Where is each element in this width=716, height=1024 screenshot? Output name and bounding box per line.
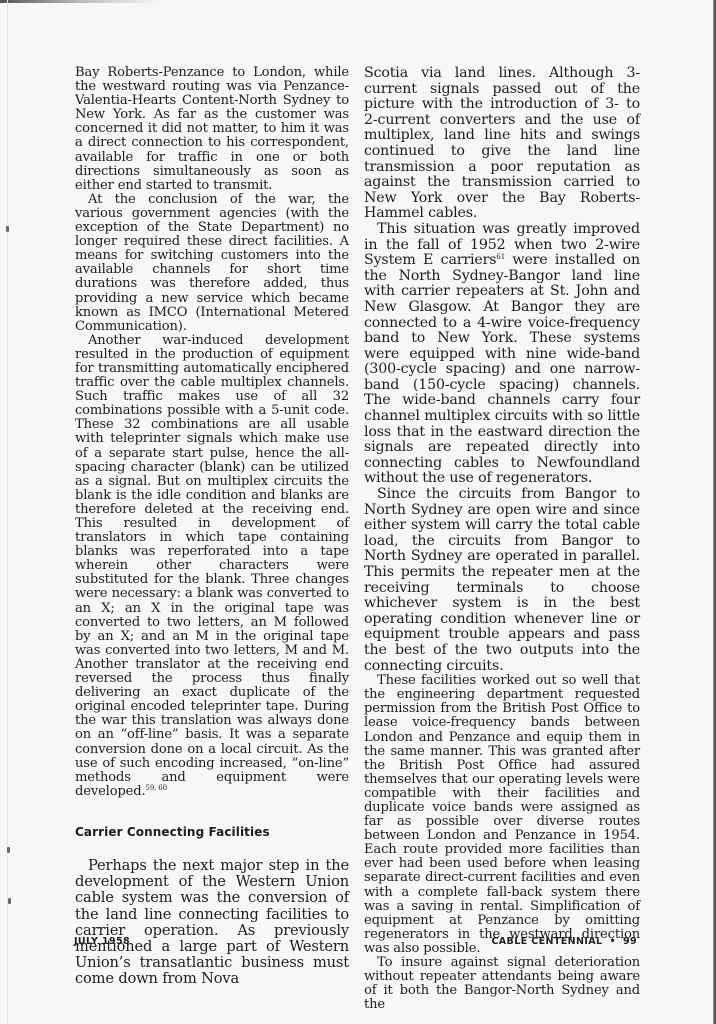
publication-title: CABLE CENTENNIAL <box>491 936 602 947</box>
paragraph-text: were installed on the North Sydney-Bango… <box>364 252 640 486</box>
paragraph: This situation was greatly improved in t… <box>364 222 640 487</box>
binding-hole-mark <box>8 898 11 904</box>
footnote-ref: 59, 60 <box>146 784 167 792</box>
paragraph: These facilities worked out so well that… <box>364 674 640 956</box>
right-column: Scotia via land lines. Although 3-curren… <box>364 66 640 1012</box>
footer-running-head: CABLE CENTENNIAL•99 <box>491 936 637 947</box>
paragraph: Perhaps the next major step in the devel… <box>75 858 349 988</box>
bullet-separator: • <box>609 936 615 947</box>
footer-date: JULY 1958 <box>74 936 130 947</box>
binding-hole-mark <box>7 847 10 853</box>
paragraph: At the conclusion of the war, the variou… <box>75 193 349 334</box>
left-column: Bay Roberts-Penzance to London, while th… <box>75 66 349 988</box>
paragraph-text: Another war-induced development resulted… <box>75 333 349 799</box>
paragraph: Bay Roberts-Penzance to London, while th… <box>75 66 349 193</box>
paragraph: Another war-induced development resulted… <box>75 334 349 799</box>
section-heading: Carrier Connecting Facilities <box>75 825 349 839</box>
paragraph: Scotia via land lines. Although 3-curren… <box>364 66 640 222</box>
paragraph: Since the circuits from Bangor to North … <box>364 487 640 674</box>
binding-hole-mark <box>6 226 9 232</box>
binding-line <box>7 0 8 1024</box>
page-edge-shadow-top <box>0 0 160 3</box>
page-number: 99 <box>623 936 637 947</box>
footnote-ref: 61 <box>496 253 505 261</box>
paragraph: To insure against signal deterioration w… <box>364 956 640 1012</box>
